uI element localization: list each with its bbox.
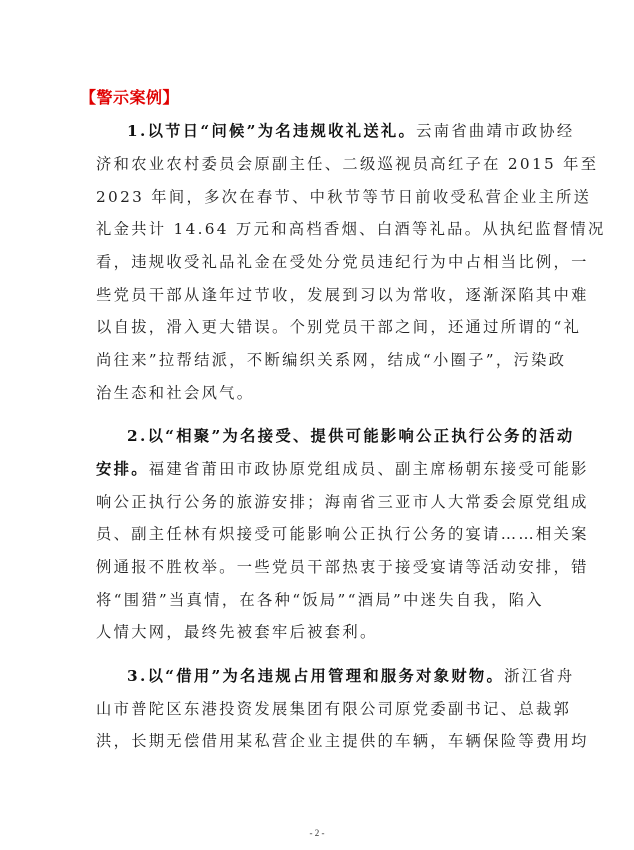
case-1-line: 礼金共计 14.64 万元和高档香烟、白酒等礼品。从执纪监督情况 xyxy=(96,219,540,239)
case-2-line: 将“围猎”当真情，在各种“饭局”“酒局”中迷失自我，陷入 xyxy=(96,590,540,610)
case-1-line: 看，违规收受礼品礼金在受处分党员违纪行为中占相当比例，一 xyxy=(96,252,540,272)
warning-cases-heading: 【警示案例】 xyxy=(80,85,179,108)
case-2-line: 响公正执行公务的旅游安排；海南省三亚市人大常委会原党组成 xyxy=(96,492,540,512)
case-1-text: 云南省曲靖市政协经 xyxy=(416,122,574,140)
case-3-first-line: 3.以“借用”为名违规占用管理和服务对象财物。浙江省舟 xyxy=(127,666,540,686)
case-1-line: 以自拔，滑入更大错误。个别党员干部之间，还通过所谓的“礼 xyxy=(96,317,540,337)
case-1-line: 些党员干部从逢年过节收，发展到习以为常收，逐渐深陷其中难 xyxy=(96,285,540,305)
case-1-line: 2023 年间，多次在春节、中秋节等节日前收受私营企业主所送 xyxy=(96,187,540,207)
case-3-text: 浙江省舟 xyxy=(504,667,574,685)
case-1-line: 治生态和社会风气。 xyxy=(96,383,540,403)
case-1-first-line: 1.以节日“问候”为名违规收礼送礼。云南省曲靖市政协经 xyxy=(127,121,540,141)
case-2-line: 员、副主任林有炽接受可能影响公正执行公务的宴请……相关案 xyxy=(96,524,540,544)
case-3-title: 3.以“借用”为名违规占用管理和服务对象财物。 xyxy=(127,667,504,685)
case-2-line: 人情大网，最终先被套牢后被套利。 xyxy=(96,622,540,642)
page-number: - 2 - xyxy=(0,828,634,838)
case-1-line: 济和农业农村委员会原副主任、二级巡视员高红子在 2015 年至 xyxy=(96,154,540,174)
case-2-title-line: 2.以“相聚”为名接受、提供可能影响公正执行公务的活动 xyxy=(127,426,540,446)
case-1-line: 尚往来”拉帮结派，不断编织关系网，结成“小圈子”，污染政 xyxy=(96,350,540,370)
case-2-line: 例通报不胜枚举。一些党员干部热衷于接受宴请等活动安排，错 xyxy=(96,557,540,577)
case-3-line: 山市普陀区东港投资发展集团有限公司原党委副书记、总裁郭 xyxy=(96,699,540,719)
case-2-title-end: 安排。 xyxy=(96,460,149,478)
case-3-line: 洪，长期无偿借用某私营企业主提供的车辆，车辆保险等费用均 xyxy=(96,731,540,751)
case-1-title: 1.以节日“问候”为名违规收礼送礼。 xyxy=(127,122,416,140)
case-2-second-line: 安排。福建省莆田市政协原党组成员、副主席杨朝东接受可能影 xyxy=(96,459,540,479)
case-2-text: 福建省莆田市政协原党组成员、副主席杨朝东接受可能影 xyxy=(149,460,589,478)
document-page: 【警示案例】 1.以节日“问候”为名违规收礼送礼。云南省曲靖市政协经 济和农业农… xyxy=(0,0,634,850)
